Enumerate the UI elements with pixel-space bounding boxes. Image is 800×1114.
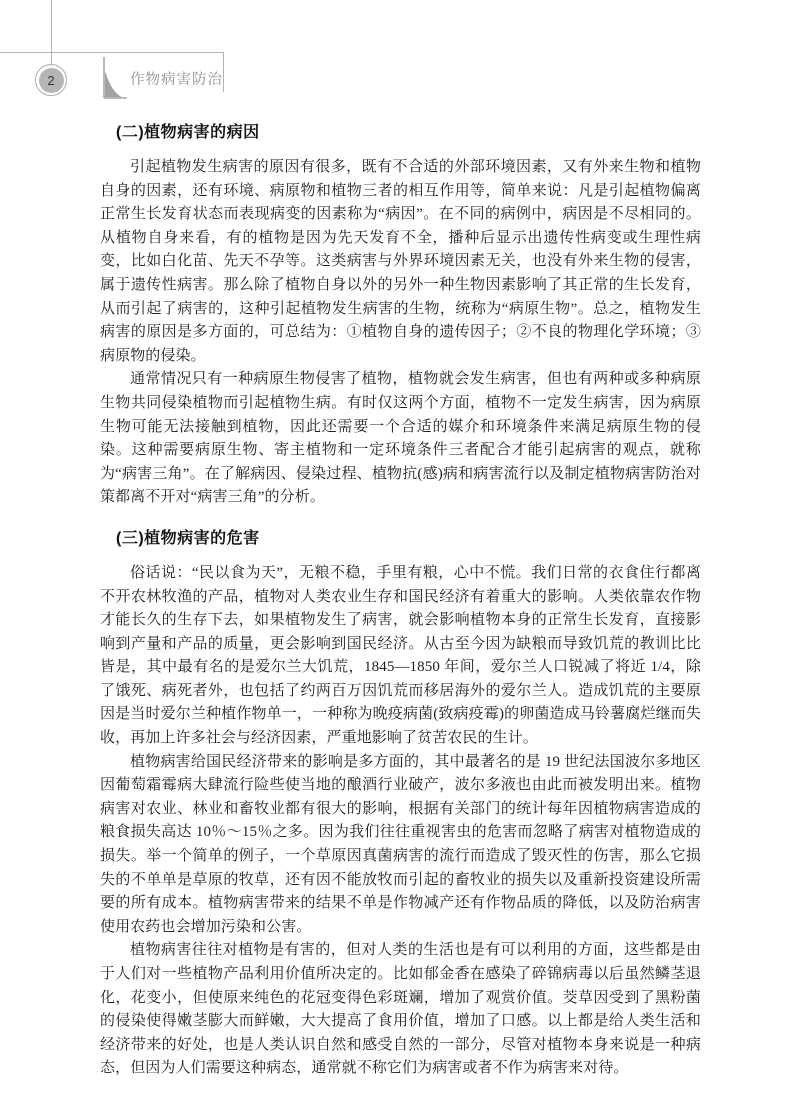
section-heading-disease-cause: (二)植物病害的病因 (100, 119, 701, 142)
section-heading-disease-harm: (三)植物病害的危害 (100, 525, 701, 548)
body-paragraph: 俗话说：“民以食为天”，无粮不稳，手里有粮，心中不慌。我们日常的衣食住行都离不开… (100, 562, 701, 751)
header-vertical-line (51, 0, 52, 66)
body-paragraph: 通常情况只有一种病原生物侵害了植物，植物就会发生病害，但也有两种或多种病原生物共… (100, 368, 701, 510)
book-title: 作物病害防治 (130, 68, 223, 89)
body-paragraph: 引起植物发生病害的原因有很多，既有不合适的外部环境因素，又有外来生物和植物自身的… (100, 156, 701, 368)
book-page: 2 作物病害防治 (二)植物病害的病因 引起植物发生病害的原因有很多，既有不合适… (0, 0, 800, 1114)
page-number: 2 (39, 68, 64, 93)
header-box-right-line (223, 52, 224, 92)
body-paragraph: 植物病害给国民经济带来的影响是多方面的，其中最著名的是 19 世纪法国波尔多地区… (100, 751, 701, 940)
page-content: (二)植物病害的病因 引起植物发生病害的原因有很多，既有不合适的外部环境因素，又… (100, 119, 701, 1081)
header-horizontal-rule (0, 52, 224, 53)
page-number-badge: 2 (35, 64, 67, 96)
chapter-corner-icon (103, 56, 129, 100)
body-paragraph: 植物病害往往对植物是有害的，但对人类的生活也是有可以利用的方面，这些都是由于人们… (100, 939, 701, 1081)
